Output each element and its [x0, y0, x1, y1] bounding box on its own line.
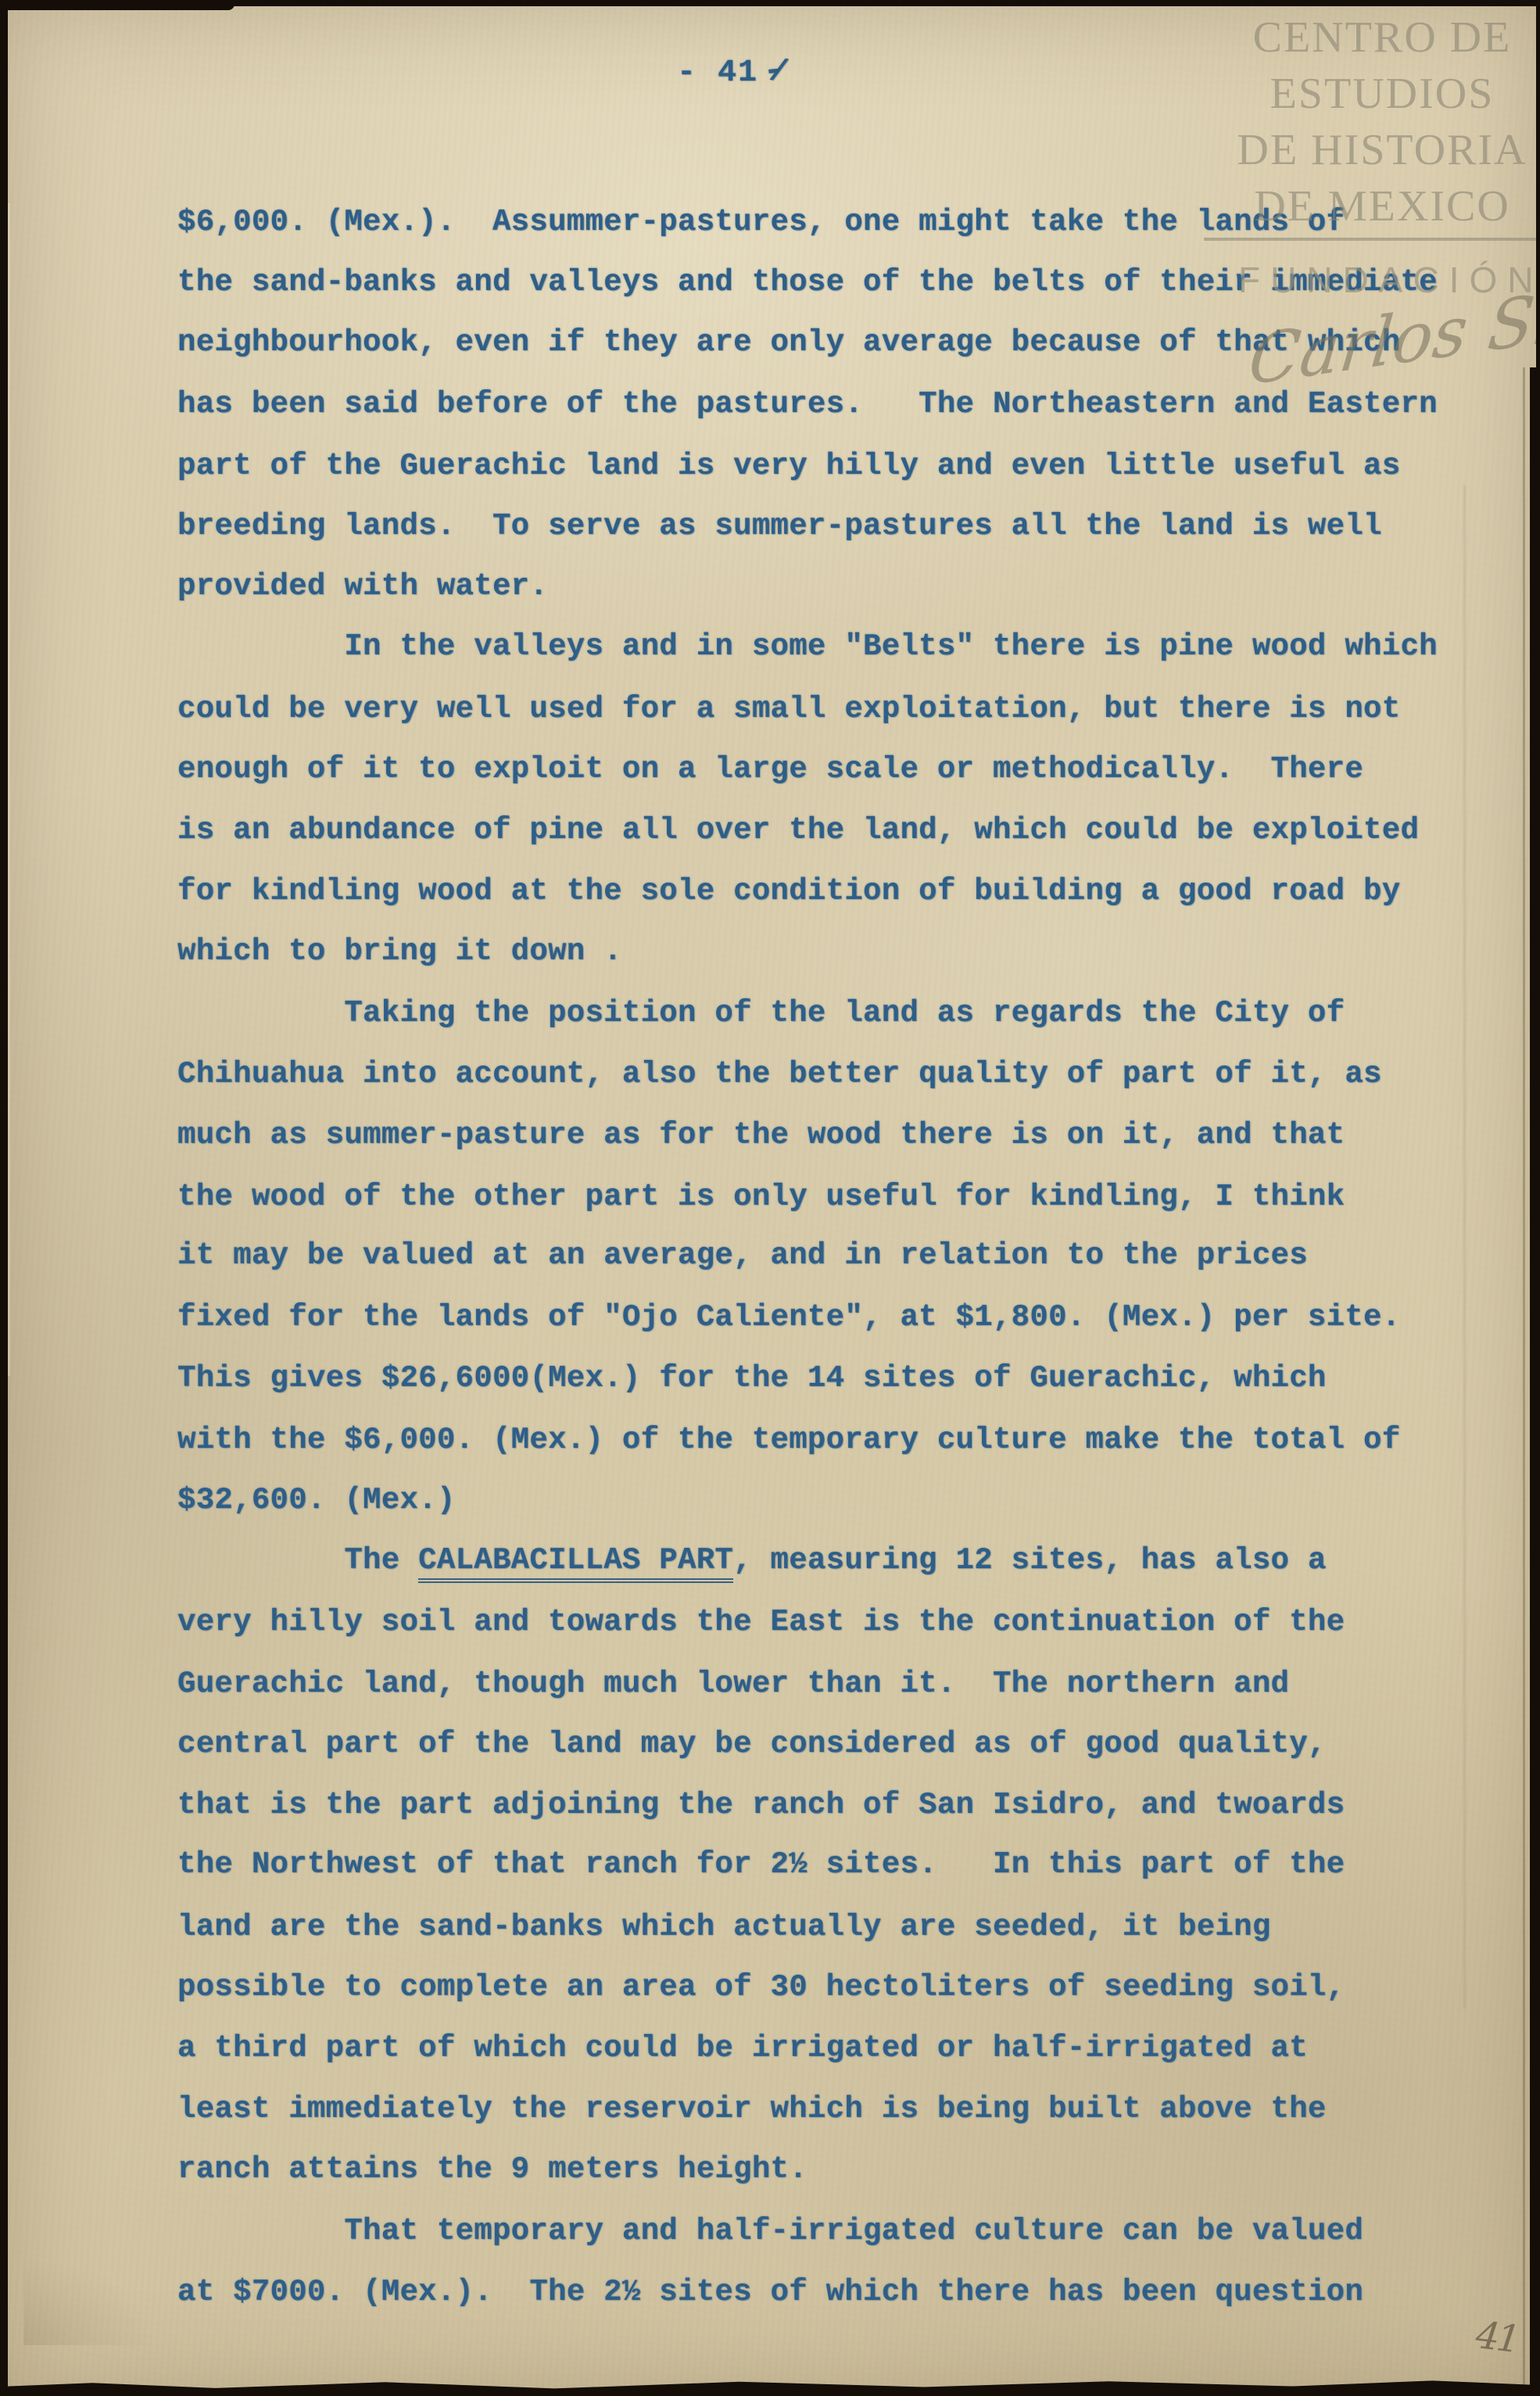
typed-segment: fixed for the lands of "Ojo Caliente", a… — [177, 1300, 1400, 1334]
scan-edge-top-left-wedge — [0, 0, 235, 10]
scan-edge-left — [0, 0, 8, 2396]
typed-line: which to bring it down . — [177, 922, 1475, 983]
scan-edge-right-upper — [1536, 0, 1540, 375]
typed-line: it may be valued at an average, and in r… — [177, 1226, 1475, 1287]
typed-line: possible to complete an area of 30 hecto… — [177, 1957, 1475, 2018]
slash-bar-glyph: - — [762, 54, 786, 90]
typed-segment: ranch attains the 9 meters height. — [177, 2152, 808, 2186]
typed-segment: Taking the position of the land as regar… — [177, 996, 1345, 1030]
typed-segment: part of the Guerachic land is very hilly… — [177, 449, 1400, 483]
paper-edge-highlight — [8, 203, 10, 1376]
typed-line: fixed for the lands of "Ojo Caliente", a… — [177, 1288, 1475, 1348]
typed-line: for kindling wood at the sole condition … — [177, 861, 1475, 922]
typed-segment: at $7000. (Mex.). The 2½ sites of which … — [177, 2275, 1363, 2309]
typed-line: much as summer-pasture as for the wood t… — [177, 1105, 1475, 1166]
watermark-archive-name: CENTRO DE ESTUDIOS DE HISTORIA DE MEXICO — [1234, 9, 1531, 235]
typed-segment: enough of it to exploit on a large scale… — [177, 752, 1363, 786]
typed-segment: possible to complete an area of 30 hecto… — [177, 1970, 1345, 2004]
typed-line: least immediately the reservoir which is… — [177, 2079, 1475, 2140]
typed-line: This gives $26,6000(Mex.) for the 14 sit… — [177, 1348, 1475, 1409]
typed-line: Taking the position of the land as regar… — [177, 983, 1475, 1044]
pencil-page-number: 41 — [1474, 2313, 1520, 2362]
watermark-divider-rule — [1204, 238, 1540, 241]
typed-segment: This gives $26,6000(Mex.) for the 14 sit… — [177, 1361, 1327, 1395]
typed-line: provided with water. — [177, 557, 1475, 618]
typed-segment: breeding lands. To serve as summer-pastu… — [177, 509, 1382, 543]
typed-line: In the valleys and in some "Belts" there… — [177, 617, 1475, 678]
typed-segment: that is the part adjoining the ranch of … — [177, 1788, 1345, 1822]
typed-segment: for kindling wood at the sole condition … — [177, 874, 1400, 908]
typed-line: part of the Guerachic land is very hilly… — [177, 436, 1475, 497]
typed-segment: the Northwest of that ranch for 2½ sites… — [177, 1847, 1345, 1882]
typed-line: Guerachic land, though much lower than i… — [177, 1654, 1475, 1715]
typed-segment: is an abundance of pine all over the lan… — [177, 813, 1419, 847]
watermark-line-3: DE HISTORIA — [1234, 122, 1531, 178]
typed-segment: it may be valued at an average, and in r… — [177, 1238, 1308, 1273]
typed-line: land are the sand-banks which actually a… — [177, 1897, 1475, 1958]
typed-line: $32,600. (Mex.) — [177, 1470, 1475, 1531]
scan-edge-right-lower — [1530, 367, 1540, 2396]
typed-segment: $6,000. (Mex.). Assummer-pastures, one m… — [177, 205, 1345, 239]
typed-line: breeding lands. To serve as summer-pastu… — [177, 496, 1475, 557]
typed-line: at $7000. (Mex.). The 2½ sites of which … — [177, 2262, 1475, 2323]
typed-segment: a third part of which could be irrigated… — [177, 2031, 1308, 2065]
typed-line: with the $6,000. (Mex.) of the temporary… — [177, 1410, 1475, 1471]
typed-line: could be very well used for a small expl… — [177, 679, 1475, 740]
typed-line: is an abundance of pine all over the lan… — [177, 800, 1475, 861]
typed-segment: That temporary and half-irrigated cultur… — [177, 2214, 1363, 2248]
typed-line: central part of the land may be consider… — [177, 1714, 1475, 1775]
watermark-line-2: ESTUDIOS — [1234, 66, 1531, 122]
typed-segment: provided with water. — [177, 569, 548, 603]
typed-line: very hilly soil and towards the East is … — [177, 1592, 1475, 1653]
paper-edge-seam-right — [1523, 367, 1525, 2396]
typed-segment: with the $6,000. (Mex.) of the temporary… — [177, 1423, 1400, 1457]
typed-segment: The — [177, 1543, 418, 1578]
typed-line: Chihuahua into account, also the better … — [177, 1044, 1475, 1105]
typed-line: a third part of which could be irrigated… — [177, 2018, 1475, 2079]
typed-segment: which to bring it down . — [177, 934, 622, 969]
typed-segment: $32,600. (Mex.) — [177, 1483, 456, 1517]
typed-segment: the wood of the other part is only usefu… — [177, 1180, 1345, 1214]
typed-segment: central part of the land may be consider… — [177, 1727, 1327, 1761]
underlined-text: CALABACILLAS PART — [418, 1543, 733, 1583]
typed-segment: much as summer-pasture as for the wood t… — [177, 1118, 1345, 1152]
typed-line: enough of it to exploit on a large scale… — [177, 740, 1475, 800]
overstrike-slash-mark: /- — [767, 55, 792, 91]
typed-line: that is the part adjoining the ranch of … — [177, 1775, 1475, 1836]
typed-line: That temporary and half-irrigated cultur… — [177, 2201, 1475, 2262]
typed-line: the Northwest of that ranch for 2½ sites… — [177, 1835, 1475, 1896]
typed-body: $6,000. (Mex.). Assummer-pastures, one m… — [177, 192, 1475, 2323]
typed-segment: In the valleys and in some "Belts" there… — [177, 629, 1438, 664]
typed-line: ranch attains the 9 meters height. — [177, 2140, 1475, 2201]
page-number-header: - 41/- — [677, 56, 790, 91]
typed-line: the wood of the other part is only usefu… — [177, 1167, 1475, 1228]
typed-segment: Chihuahua into account, also the better … — [177, 1057, 1382, 1091]
typed-segment: , measuring 12 sites, has also a — [733, 1543, 1327, 1578]
typed-segment: neighbourhook, even if they are only ave… — [177, 325, 1400, 360]
typed-segment: least immediately the reservoir which is… — [177, 2092, 1327, 2126]
typed-line: The CALABACILLAS PART, measuring 12 site… — [177, 1531, 1475, 1592]
typed-segment: land are the sand-banks which actually a… — [177, 1910, 1271, 1944]
typed-segment: very hilly soil and towards the East is … — [177, 1605, 1345, 1639]
scan-edge-bottom-torn — [0, 2377, 1540, 2396]
scanned-typewritten-page: - 41/- $6,000. (Mex.). Assummer-pastures… — [0, 0, 1540, 2396]
typed-segment: Guerachic land, though much lower than i… — [177, 1667, 1289, 1701]
watermark-line-1: CENTRO DE — [1234, 9, 1531, 66]
watermark-line-4: DE MEXICO — [1234, 178, 1531, 235]
typed-segment: could be very well used for a small expl… — [177, 692, 1400, 726]
page-number-text: - 41 — [677, 56, 758, 91]
